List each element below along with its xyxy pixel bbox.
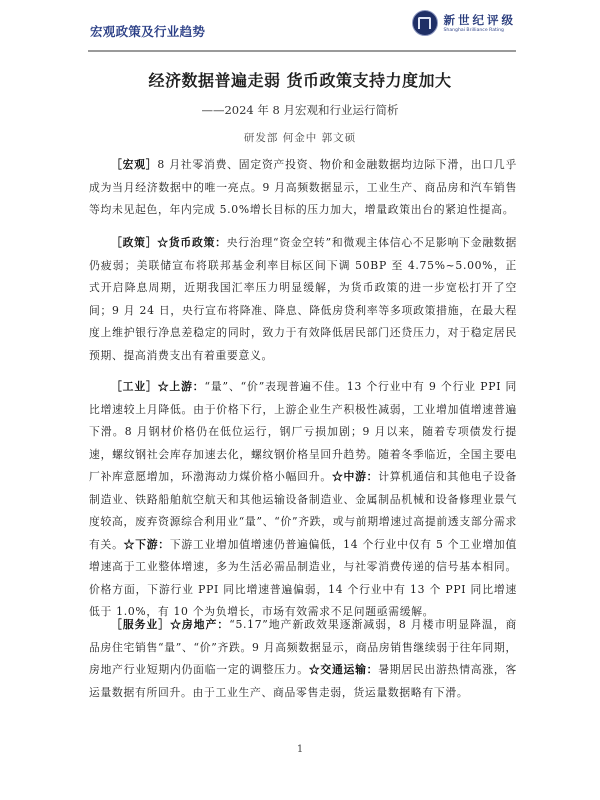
document-subtitle: ——2024 年 8 月宏观和行业运行简析 xyxy=(0,102,600,118)
paragraph-text: 央行治理“资金空转”和微观主体信心不足影响下金融数据仍疲弱；美联储宣布将联邦基金… xyxy=(89,236,517,362)
paragraph-subheading: ☆下游： xyxy=(124,538,170,551)
company-logo: 新世纪评级 Shanghai Brilliance Rating xyxy=(412,10,517,36)
paragraph-industry: ［工业］☆上游：“量”、“价”表现普遍不佳。13 个行业中有 9 个行业 PPI… xyxy=(89,376,517,624)
paragraph-macro: ［宏观］8 月社零消费、固定资产投资、物价和金融数据均边际下滑，出口几乎成为当月… xyxy=(89,154,517,222)
logo-english-name: Shanghai Brilliance Rating xyxy=(444,28,517,34)
page-number: 1 xyxy=(0,744,600,755)
paragraph-heading: ［政策］☆货币政策： xyxy=(111,236,227,249)
paragraph-heading: ［服务业］☆房地产： xyxy=(111,618,229,631)
paragraph-text: “量”、“价”表现普遍不佳。13 个行业中有 9 个行业 PPI 同比增速较上月… xyxy=(89,380,517,483)
paragraph-subheading: ☆交通运输： xyxy=(309,663,378,676)
document-title: 经济数据普遍走弱 货币政策支持力度加大 xyxy=(0,68,600,91)
logo-chinese-name: 新世纪评级 xyxy=(444,13,517,27)
paragraph-heading: ［宏观］ xyxy=(111,158,157,171)
paragraph-policy: ［政策］☆货币政策：央行治理“资金空转”和微观主体信心不足影响下金融数据仍疲弱；… xyxy=(89,232,517,367)
header-divider xyxy=(88,50,516,52)
paragraph-heading: ［工业］☆上游： xyxy=(111,380,204,393)
page-header: 宏观政策及行业趋势 新世纪评级 Shanghai Brilliance Rati… xyxy=(88,8,516,52)
paragraph-subheading: ☆中游： xyxy=(332,470,378,483)
building-logo-icon xyxy=(412,10,438,36)
document-authors: 研发部 何金中 郭文硕 xyxy=(0,130,600,145)
section-title: 宏观政策及行业趋势 xyxy=(90,22,205,40)
paragraph-services: ［服务业］☆房地产：“5.17”地产新政效果逐渐减弱，8 月楼市明显降温，商品房… xyxy=(89,614,517,704)
